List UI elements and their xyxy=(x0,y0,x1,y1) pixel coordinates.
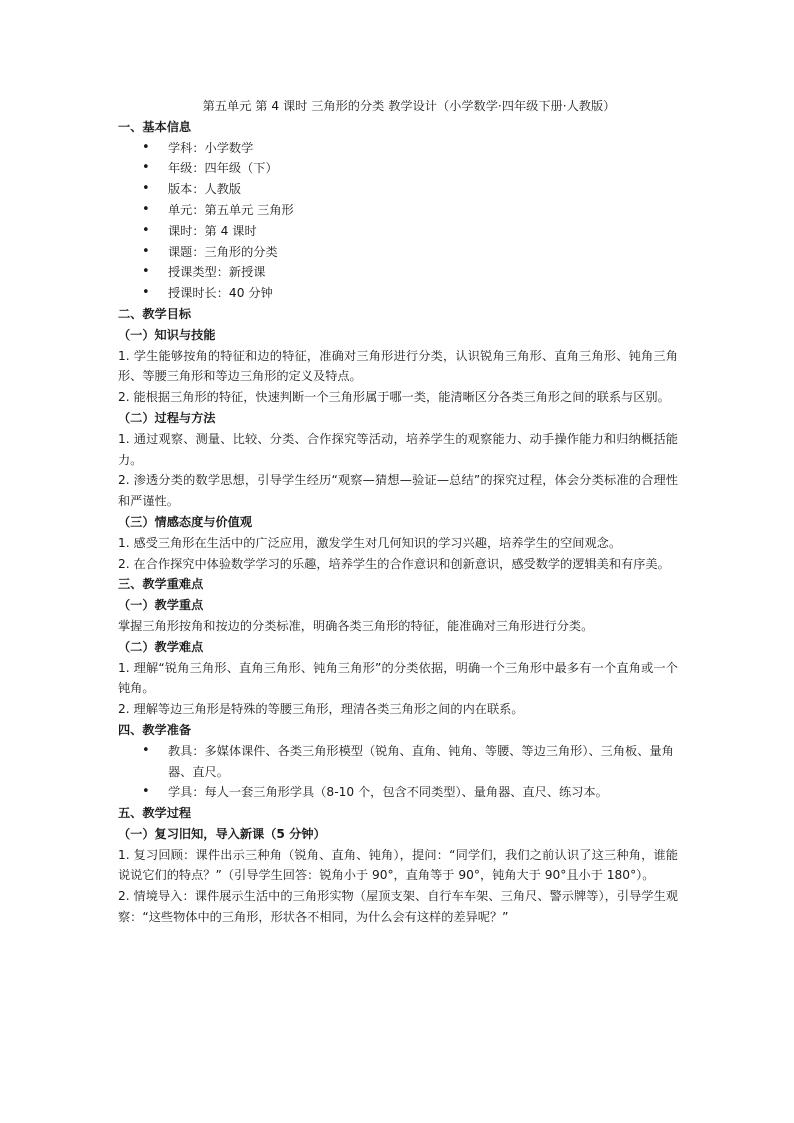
list-item: 年级：四年级（下） xyxy=(118,158,678,179)
document-title: 第五单元 第 4 课时 三角形的分类 教学设计（小学数学·四年级下册·人教版） xyxy=(118,96,678,117)
section-heading-key-points: 三、教学重难点 xyxy=(118,574,678,595)
subheading-focus: （一）教学重点 xyxy=(118,595,678,616)
paragraph: 2. 渗透分类的数学思想，引导学生经历“观察—猜想—验证—总结”的探究过程，体会… xyxy=(118,470,678,512)
section-heading-preparation: 四、教学准备 xyxy=(118,720,678,741)
subheading-process: （二）过程与方法 xyxy=(118,408,678,429)
list-item: 课题：三角形的分类 xyxy=(118,242,678,263)
paragraph: 1. 通过观察、测量、比较、分类、合作探究等活动，培养学生的观察能力、动手操作能… xyxy=(118,429,678,471)
list-item: 学具：每人一套三角形学具（8-10 个，包含不同类型）、量角器、直尺、练习本。 xyxy=(118,782,678,803)
list-item: 课时：第 4 课时 xyxy=(118,221,678,242)
section-heading-basic-info: 一、基本信息 xyxy=(118,117,678,138)
subheading-review: （一）复习旧知，导入新课（5 分钟） xyxy=(118,824,678,845)
subheading-knowledge: （一）知识与技能 xyxy=(118,325,678,346)
paragraph: 1. 复习回顾：课件出示三种角（锐角、直角、钝角），提问：“同学们，我们之前认识… xyxy=(118,845,678,887)
paragraph: 掌握三角形按角和按边的分类标准，明确各类三角形的特征，能准确对三角形进行分类。 xyxy=(118,616,678,637)
subheading-attitude: （三）情感态度与价值观 xyxy=(118,512,678,533)
document-page: 第五单元 第 4 课时 三角形的分类 教学设计（小学数学·四年级下册·人教版） … xyxy=(118,96,678,928)
list-item: 单元：第五单元 三角形 xyxy=(118,200,678,221)
section-heading-process: 五、教学过程 xyxy=(118,803,678,824)
paragraph: 1. 感受三角形在生活中的广泛应用，激发学生对几何知识的学习兴趣，培养学生的空间… xyxy=(118,533,678,554)
basic-info-list: 学科：小学数学 年级：四年级（下） 版本：人教版 单元：第五单元 三角形 课时：… xyxy=(118,138,678,304)
subheading-difficulty: （二）教学难点 xyxy=(118,637,678,658)
list-item: 授课类型：新授课 xyxy=(118,262,678,283)
list-item: 学科：小学数学 xyxy=(118,138,678,159)
preparation-list: 教具：多媒体课件、各类三角形模型（锐角、直角、钝角、等腰、等边三角形）、三角板、… xyxy=(118,741,678,803)
list-item: 授课时长：40 分钟 xyxy=(118,283,678,304)
paragraph: 1. 理解“锐角三角形、直角三角形、钝角三角形”的分类依据，明确一个三角形中最多… xyxy=(118,658,678,700)
section-heading-objectives: 二、教学目标 xyxy=(118,304,678,325)
paragraph: 1. 学生能够按角的特征和边的特征，准确对三角形进行分类，认识锐角三角形、直角三… xyxy=(118,346,678,388)
list-item: 版本：人教版 xyxy=(118,179,678,200)
paragraph: 2. 能根据三角形的特征，快速判断一个三角形属于哪一类，能清晰区分各类三角形之间… xyxy=(118,387,678,408)
paragraph: 2. 情境导入：课件展示生活中的三角形实物（屋顶支架、自行车车架、三角尺、警示牌… xyxy=(118,886,678,928)
list-item: 教具：多媒体课件、各类三角形模型（锐角、直角、钝角、等腰、等边三角形）、三角板、… xyxy=(118,741,678,783)
paragraph: 2. 理解等边三角形是特殊的等腰三角形，理清各类三角形之间的内在联系。 xyxy=(118,699,678,720)
paragraph: 2. 在合作探究中体验数学学习的乐趣，培养学生的合作意识和创新意识，感受数学的逻… xyxy=(118,554,678,575)
